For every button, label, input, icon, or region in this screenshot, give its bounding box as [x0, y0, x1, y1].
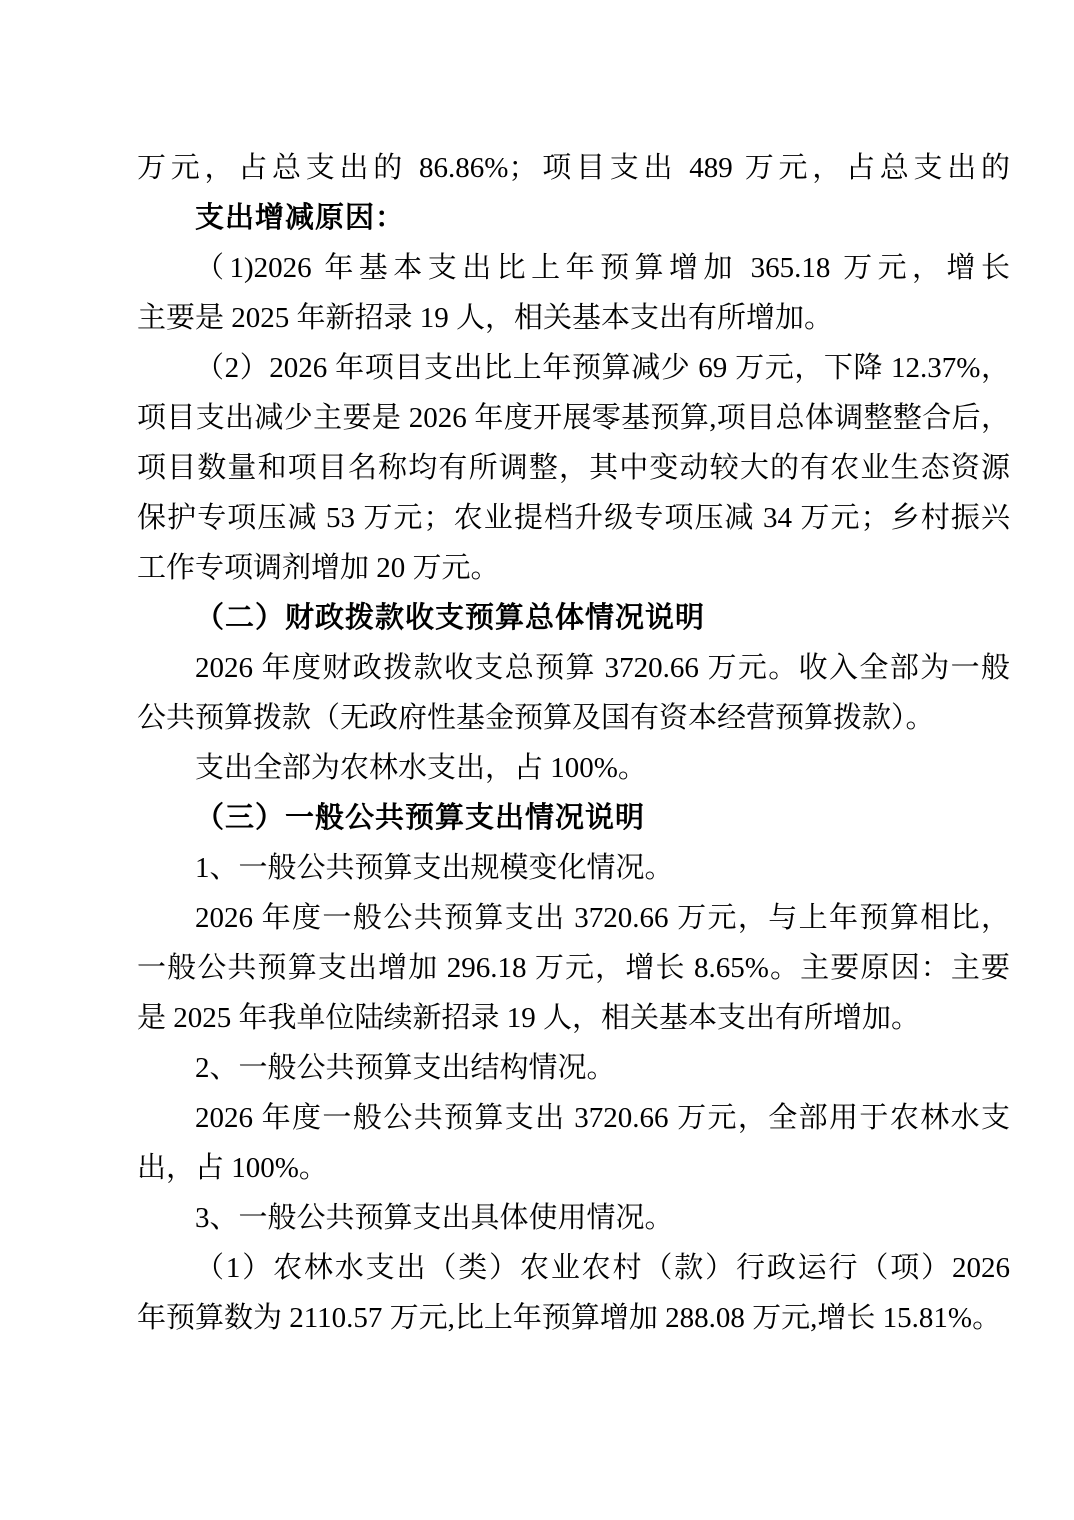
- para-reason-2-line-1: （2）2026 年项目支出比上年预算减少 69 万元，下降 12.37%，: [137, 343, 1010, 393]
- para-reason-1-line-2: 主要是 2025 年新招录 19 人，相关基本支出有所增加。: [137, 293, 1010, 343]
- para-expenditure-share-continuation: 万元，占总支出的 86.86%；项目支出 489 万元，占总支出的 13.14%…: [137, 143, 1010, 193]
- document-text-block: 万元，占总支出的 86.86%；项目支出 489 万元，占总支出的 13.14%…: [137, 143, 1010, 1343]
- item-1-scale-change-title: 1、一般公共预算支出规模变化情况。: [137, 843, 1010, 893]
- item-3-specific-use-title: 3、一般公共预算支出具体使用情况。: [137, 1193, 1010, 1243]
- heading-section-3-general-public-budget: （三）一般公共预算支出情况说明: [137, 793, 1010, 843]
- para-structure-line-1: 2026 年度一般公共预算支出 3720.66 万元，全部用于农林水支: [137, 1093, 1010, 1143]
- para-scale-change-line-3: 是 2025 年我单位陆续新招录 19 人，相关基本支出有所增加。: [137, 993, 1010, 1043]
- para-reason-2-line-4: 保护专项压减 53 万元；农业提档升级专项压减 34 万元；乡村振兴: [137, 493, 1010, 543]
- para-reason-2-line-3: 项目数量和项目名称均有所调整，其中变动较大的有农业生态资源: [137, 443, 1010, 493]
- para-specific-use-line-1: （1）农林水支出（类）农业农村（款）行政运行（项）2026: [137, 1243, 1010, 1293]
- para-fiscal-total-budget-line-2: 公共预算拨款（无政府性基金预算及国有资本经营预算拨款）。: [137, 693, 1010, 743]
- heading-expenditure-change-reasons: 支出增减原因：: [137, 193, 1010, 243]
- para-reason-2-line-2: 项目支出减少主要是 2026 年度开展零基预算,项目总体调整整合后，: [137, 393, 1010, 443]
- para-reason-1-line-1: （1)2026 年基本支出比上年预算增加 365.18 万元，增长 12.74%…: [137, 243, 1010, 293]
- para-structure-line-2: 出，占 100%。: [137, 1143, 1010, 1193]
- heading-section-2-fiscal-appropriation-overview: （二）财政拨款收支预算总体情况说明: [137, 593, 1010, 643]
- para-scale-change-line-1: 2026 年度一般公共预算支出 3720.66 万元，与上年预算相比，: [137, 893, 1010, 943]
- document-page: 万元，占总支出的 86.86%；项目支出 489 万元，占总支出的 13.14%…: [0, 0, 1074, 1520]
- para-reason-2-line-5: 工作专项调剂增加 20 万元。: [137, 543, 1010, 593]
- para-expenditure-all-agriculture: 支出全部为农林水支出，占 100%。: [137, 743, 1010, 793]
- para-fiscal-total-budget-line-1: 2026 年度财政拨款收支总预算 3720.66 万元。收入全部为一般: [137, 643, 1010, 693]
- para-specific-use-line-2: 年预算数为 2110.57 万元,比上年预算增加 288.08 万元,增长 15…: [137, 1293, 1010, 1343]
- item-2-structure-title: 2、一般公共预算支出结构情况。: [137, 1043, 1010, 1093]
- para-scale-change-line-2: 一般公共预算支出增加 296.18 万元，增长 8.65%。主要原因：主要: [137, 943, 1010, 993]
